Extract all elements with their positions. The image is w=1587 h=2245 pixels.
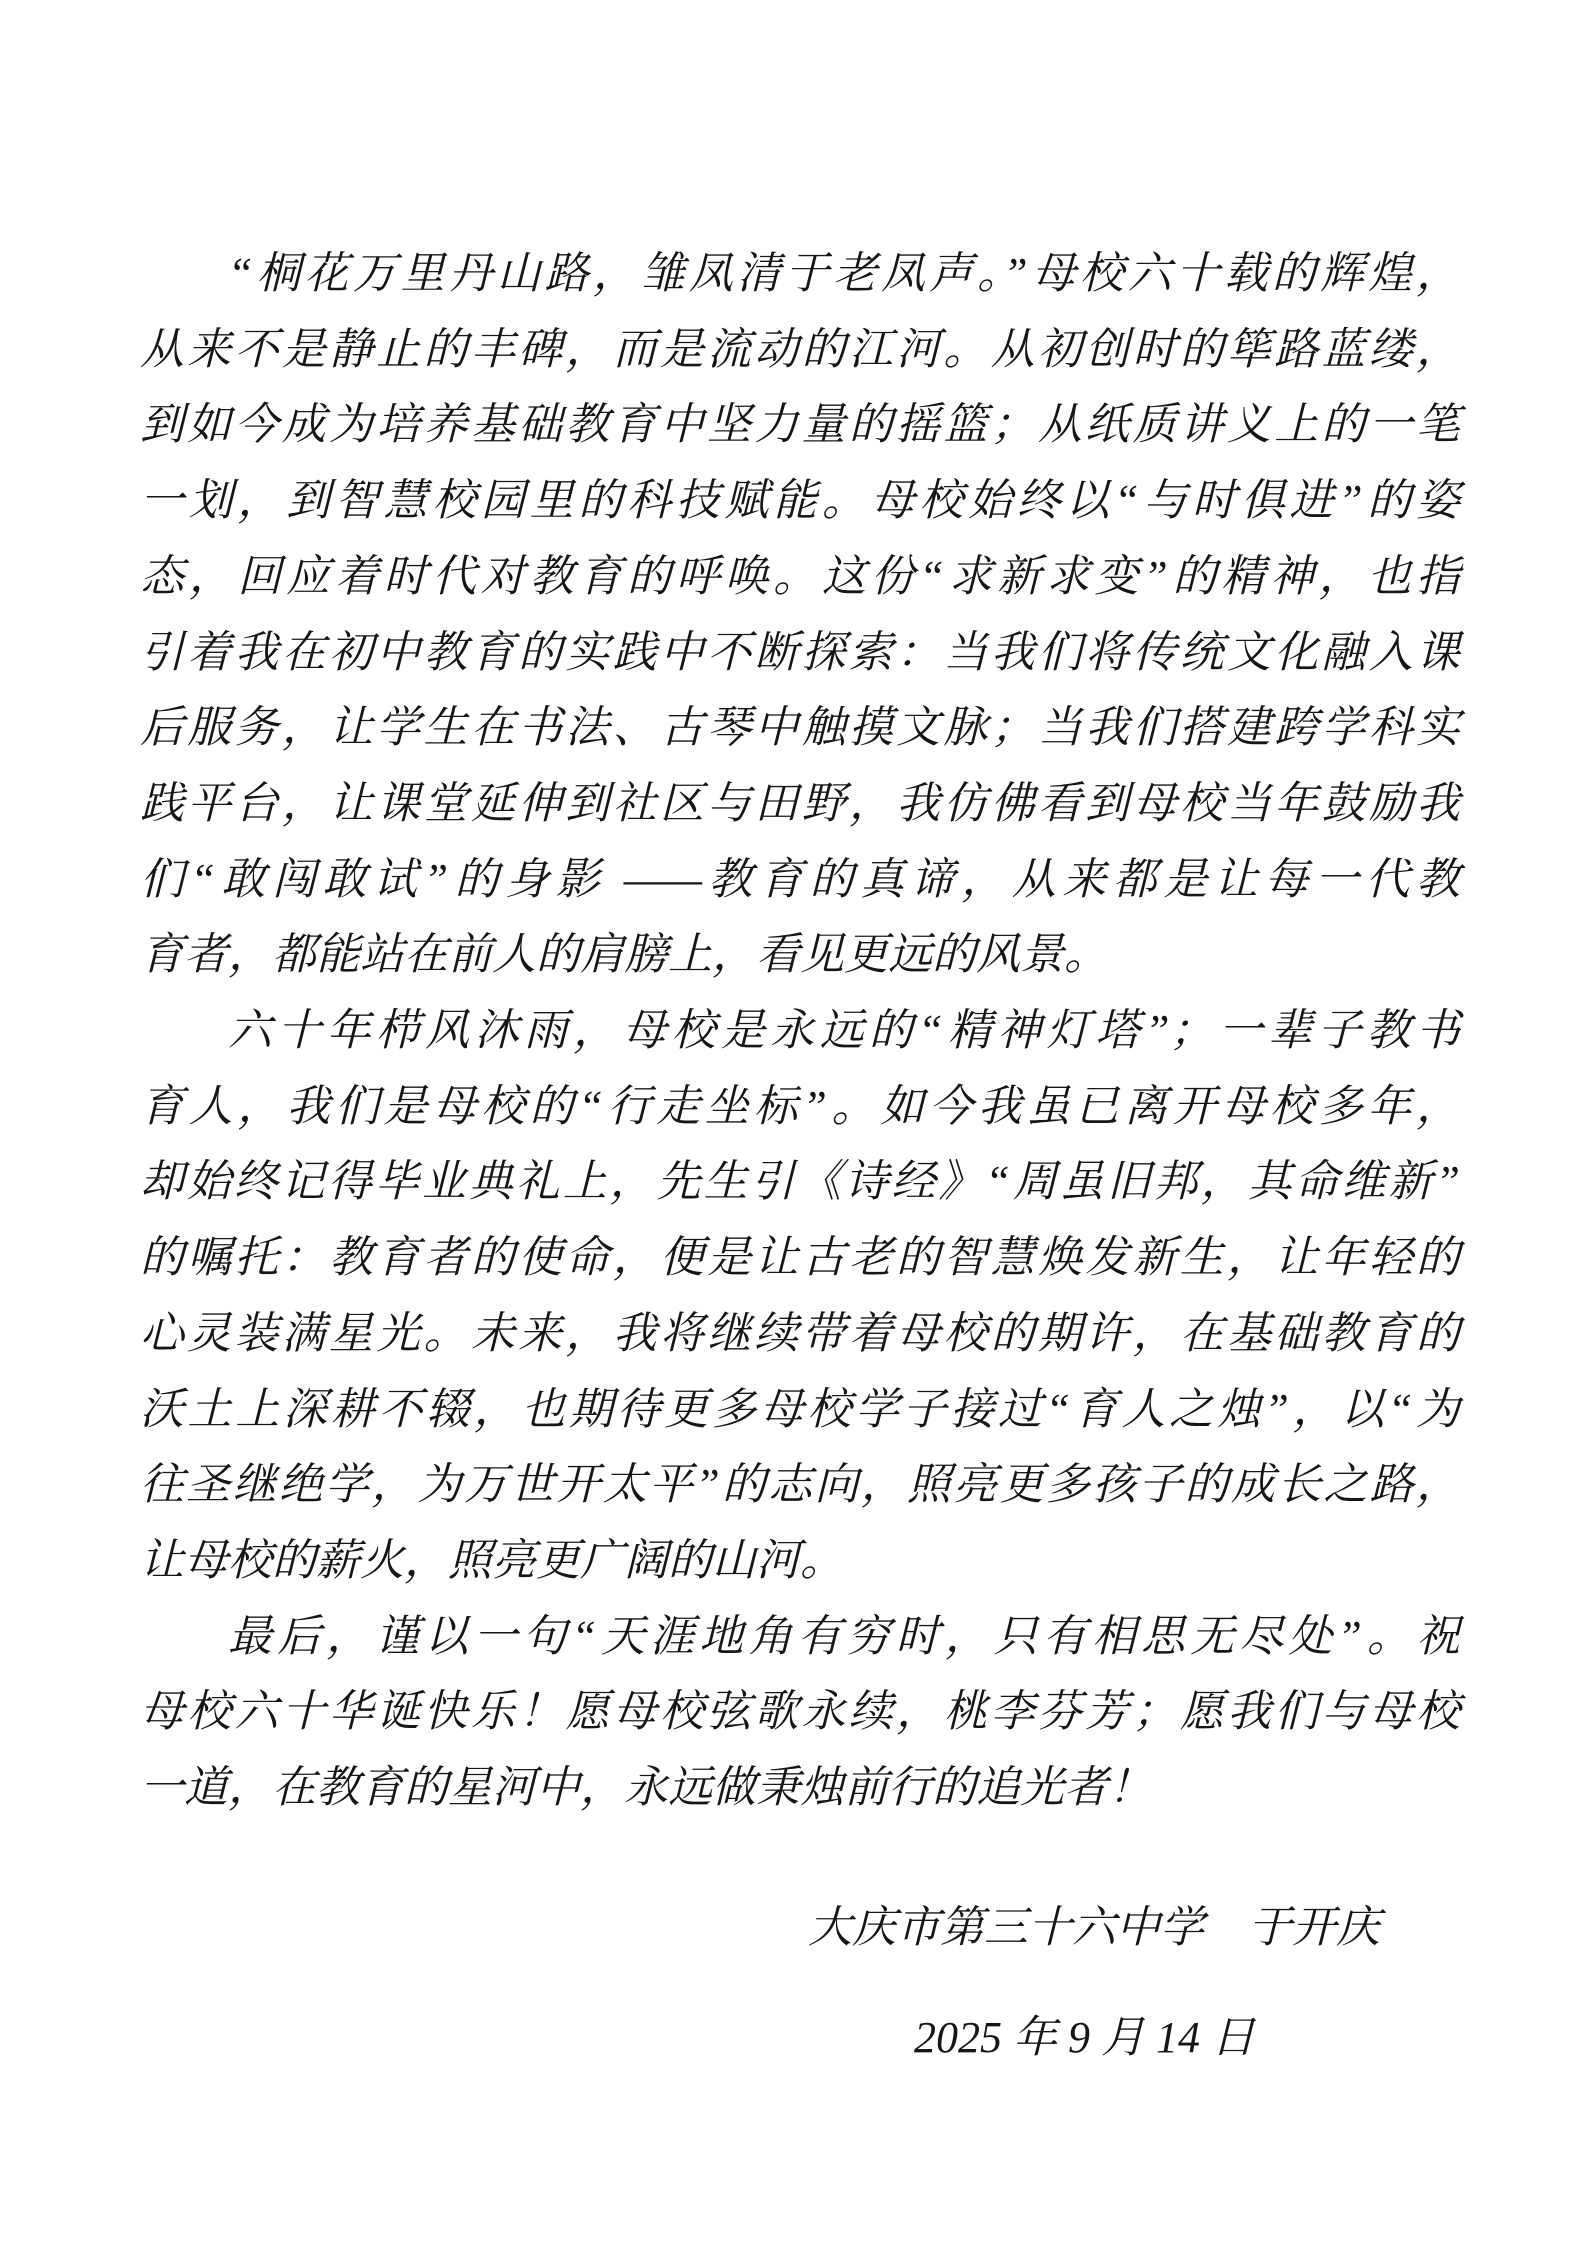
text-line: 态，回应着时代对教育的呼唤。这份“求新求变”的精神，也指 (140, 539, 1460, 615)
text-line: 沃土上深耕不辍，也期待更多母校学子接过“育人之烛”，以“为 (140, 1372, 1460, 1448)
text-line: 最后，谨以一句“天涯地角有穷时，只有相思无尽处”。祝 (140, 1599, 1460, 1675)
text-line: 们“敢闯敢试”的身影 ——教育的真谛，从来都是让每一代教 (140, 842, 1460, 918)
text-line: 践平台，让课堂延伸到社区与田野，我仿佛看到母校当年鼓励我 (140, 766, 1460, 842)
text-line: 母校六十华诞快乐！愿母校弦歌永续，桃李芬芳；愿我们与母校 (140, 1674, 1460, 1750)
paragraph: “桐花万里丹山路，雏凤清于老凤声。”母校六十载的辉煌，从来不是静止的丰碑，而是流… (140, 236, 1460, 993)
paragraph: 六十年栉风沐雨，母校是永远的“精神灯塔”；一辈子教书育人，我们是母校的“行走坐标… (140, 993, 1460, 1599)
text-line: 后服务，让学生在书法、古琴中触摸文脉；当我们搭建跨学科实 (140, 690, 1460, 766)
text-line: 心灵装满星光。未来，我将继续带着母校的期许，在基础教育的 (140, 1296, 1460, 1372)
text-line: 一划，到智慧校园里的科技赋能。母校始终以“与时俱进”的姿 (140, 463, 1460, 539)
letter-body: “桐花万里丹山路，雏凤清于老凤声。”母校六十载的辉煌，从来不是静止的丰碑，而是流… (140, 236, 1460, 1826)
signature-line: 大庆市第三十六中学 于开庆 (140, 1890, 1460, 1966)
text-line: 一道，在教育的星河中，永远做秉烛前行的追光者！ (140, 1750, 1460, 1826)
text-line: 从来不是静止的丰碑，而是流动的江河。从初创时的筚路蓝缕， (140, 312, 1460, 388)
date-line: 2025 年 9 月 14 日 (140, 2000, 1460, 2076)
text-line: 育者，都能站在前人的肩膀上，看见更远的风景。 (140, 917, 1460, 993)
text-line: 往圣继绝学，为万世开太平”的志向，照亮更多孩子的成长之路， (140, 1447, 1460, 1523)
text-line: 引着我在初中教育的实践中不断探索：当我们将传统文化融入课 (140, 615, 1460, 691)
text-line: 到如今成为培养基础教育中坚力量的摇篮；从纸质讲义上的一笔 (140, 387, 1460, 463)
text-line: 的嘱托：教育者的使命，便是让古老的智慧焕发新生，让年轻的 (140, 1220, 1460, 1296)
text-line: 六十年栉风沐雨，母校是永远的“精神灯塔”；一辈子教书 (140, 993, 1460, 1069)
paragraph: 最后，谨以一句“天涯地角有穷时，只有相思无尽处”。祝母校六十华诞快乐！愿母校弦歌… (140, 1599, 1460, 1826)
text-line: 育人，我们是母校的“行走坐标”。如今我虽已离开母校多年， (140, 1069, 1460, 1145)
letter-page: “桐花万里丹山路，雏凤清于老凤声。”母校六十载的辉煌，从来不是静止的丰碑，而是流… (0, 0, 1587, 2245)
text-line: 让母校的薪火，照亮更广阔的山河。 (140, 1523, 1460, 1599)
text-line: 却始终记得毕业典礼上，先生引《诗经》“周虽旧邦，其命维新” (140, 1144, 1460, 1220)
text-line: “桐花万里丹山路，雏凤清于老凤声。”母校六十载的辉煌， (140, 236, 1460, 312)
